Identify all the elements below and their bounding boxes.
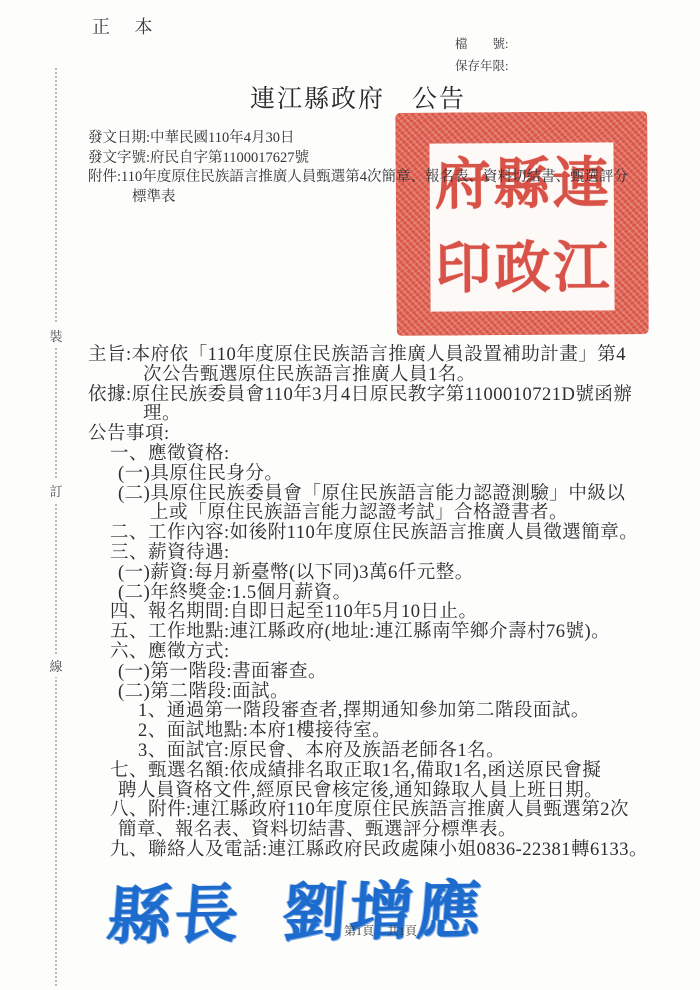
body-line: 二、工作內容:如後附110年度原住民族語言推廣人員徵選簡章。 bbox=[88, 524, 654, 544]
binding-dotted-line bbox=[55, 68, 57, 986]
body-line: 上或「原住民族語言能力認證考試」合格證書者。 bbox=[88, 504, 654, 524]
seal-character: 江 bbox=[552, 228, 611, 308]
body-line: 九、聯絡人及電話:連江縣政府民政處陳小姐0836-22381轉6133。 bbox=[88, 841, 654, 861]
body-line: 五、工作地點:連江縣政府(地址:連江縣南竿鄉介壽村76號)。 bbox=[88, 623, 654, 643]
body-line: 簡章、報名表、資料切結書、甄選評分標準表。 bbox=[88, 821, 654, 841]
body-line: 四、報名期間:自即日起至110年5月10日止。 bbox=[88, 603, 654, 623]
body-line: 依據:原住民族委員會110年3月4日原民教字第1100010721D號函辦 bbox=[88, 386, 654, 406]
body-line: 三、薪資待遇: bbox=[88, 544, 654, 564]
seal-character: 政 bbox=[493, 229, 552, 309]
body-line: 2、面試地點:本府1樓接待室。 bbox=[88, 722, 654, 742]
body-line: 七、甄選名額:依成績排名取正取1名,備取1名,函送原民會擬 bbox=[88, 762, 654, 782]
body-line: 一、應徵資格: bbox=[88, 445, 654, 465]
body-line: (二)具原住民族委員會「原住民族語言能力認證測驗」中級以 bbox=[88, 485, 654, 505]
file-meta-block: 檔 號: 保存年限: bbox=[455, 33, 508, 77]
issuance-meta-block: 發文日期:中華民國110年4月30日 發文字號:府民自字第1100017627號… bbox=[88, 129, 628, 207]
body-line: 次公告甄選原住民族語言推廣人員1名。 bbox=[88, 366, 654, 386]
body-line: 主旨:本府依「110年度原住民族語言推廣人員設置補助計畫」第4 bbox=[88, 346, 654, 366]
body-line: 3、面試官:原民會、本府及族語老師各1名。 bbox=[88, 742, 654, 762]
body-line: (一)第一階段:書面審查。 bbox=[88, 663, 654, 683]
seal-character: 印 bbox=[434, 229, 493, 309]
attachment-note-line2: 標準表 bbox=[88, 188, 628, 208]
body-line: (二)第二階段:面試。 bbox=[88, 683, 654, 703]
file-number-label: 檔 號: bbox=[455, 33, 508, 55]
body-line: (一)薪資:每月新臺幣(以下同)3萬6仟元整。 bbox=[88, 564, 654, 584]
copy-type-label: 正 本 bbox=[92, 13, 163, 39]
body-line: (一)具原住民身分。 bbox=[88, 465, 654, 485]
body-line: 六、應徵方式: bbox=[88, 643, 654, 663]
body-line: 理。 bbox=[88, 405, 654, 425]
announcement-body: 主旨:本府依「110年度原住民族語言推廣人員設置補助計畫」第4 次公告甄選原住民… bbox=[88, 346, 654, 861]
body-line: 聘人員資格文件,經原民會核定後,通知錄取人員上班日期。 bbox=[88, 782, 654, 802]
body-line: 八、附件:連江縣政府110年度原住民族語言推廣人員甄選第2次 bbox=[88, 801, 654, 821]
document-page: 裝 訂 線 正 本 檔 號: 保存年限: 連江縣政府 公告 連 江 縣 政 府 … bbox=[0, 0, 700, 990]
body-line: (二)年終獎金:1.5個月薪資。 bbox=[88, 584, 654, 604]
binding-mark: 訂 bbox=[47, 479, 65, 502]
body-line: 1、通過第一階段審查者,擇期通知參加第二階段面試。 bbox=[88, 702, 654, 722]
document-title: 連江縣政府 公告 bbox=[8, 79, 700, 115]
issue-date-line: 發文日期:中華民國110年4月30日 bbox=[88, 129, 628, 149]
binding-mark: 線 bbox=[47, 654, 65, 677]
issue-number-line: 發文字號:府民自字第1100017627號 bbox=[88, 149, 628, 169]
magistrate-signature-stamp: 縣長 劉增應 bbox=[105, 859, 488, 958]
attachment-note-line1: 附件:110年度原住民族語言推廣人員甄選第4次簡章、報名表、資料切結書、甄選評分 bbox=[88, 168, 628, 188]
retention-period-label: 保存年限: bbox=[455, 55, 508, 77]
page-number: 第1頁 共1頁 bbox=[344, 922, 417, 939]
body-line: 公告事項: bbox=[88, 425, 654, 445]
binding-mark: 裝 bbox=[47, 324, 65, 347]
